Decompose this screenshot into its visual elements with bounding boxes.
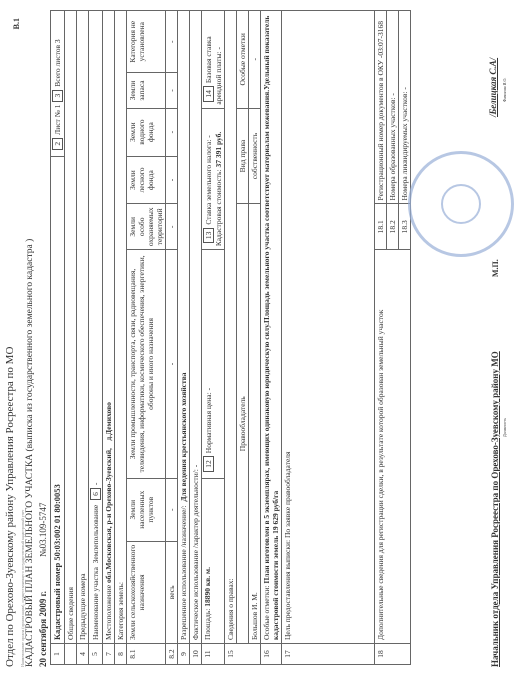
plot-name: Землепользование — [91, 505, 100, 564]
document-date: 20 сентября 2009 г. — [38, 591, 48, 667]
purpose: Цель предоставления выписки: По заявке п… — [282, 11, 375, 644]
owner: Большов И. М. — [249, 204, 261, 644]
right-type: собственность — [249, 108, 261, 204]
total-sheets: Всего листов 3 — [53, 39, 62, 86]
special-notes: План изготовлен в 5 экземплярах, имеющих… — [262, 16, 280, 640]
cadastral-number: Кадастровый номер 50:03:002 01 80:0053 — [51, 156, 65, 643]
chief-title: Начальник отдела Управления Росреестра п… — [490, 351, 500, 667]
permitted-use: Для ведения крестьянского хозяйства — [179, 373, 188, 502]
location: обл.Московская, р-н Орехово-Зуевский, — [104, 448, 113, 583]
previous-numbers: Предыдущие номера — [77, 11, 89, 644]
sheet-number: Лист № 1 — [53, 105, 62, 135]
cadastral-document: Отдел по Орехово-Зуевскому району Управл… — [0, 0, 519, 677]
cadastral-value: 37 391 руб. — [214, 132, 223, 168]
signature: /Белицкая С.А/ — [488, 58, 498, 117]
seal-mark: М.П. — [491, 259, 500, 277]
official-stamp — [408, 151, 514, 257]
row-1: 1 Кадастровый номер 50:03:002 01 80:0053… — [51, 11, 65, 665]
area: 18890 кв. м. — [203, 567, 212, 607]
office-header: Отдел по Орехово-Зуевскому району Управл… — [4, 347, 16, 667]
sheet-mark: В.1 — [12, 18, 21, 29]
land-categories: 8.1 Земли сельскохозяйственного назначен… — [127, 11, 166, 665]
registration-number: Регистрационный номер документов в ОКУ -… — [375, 11, 387, 204]
document-number: №03.109-5747 — [38, 503, 48, 557]
document-title: КАДАСТРОВЫЙ ПЛАН ЗЕМЕЛЬНОГО УЧАСТКА (вып… — [25, 239, 35, 667]
general-info-heading: Общие сведения — [65, 11, 77, 644]
cadastral-table: 1 Кадастровый номер 50:03:002 01 80:0053… — [50, 10, 411, 665]
